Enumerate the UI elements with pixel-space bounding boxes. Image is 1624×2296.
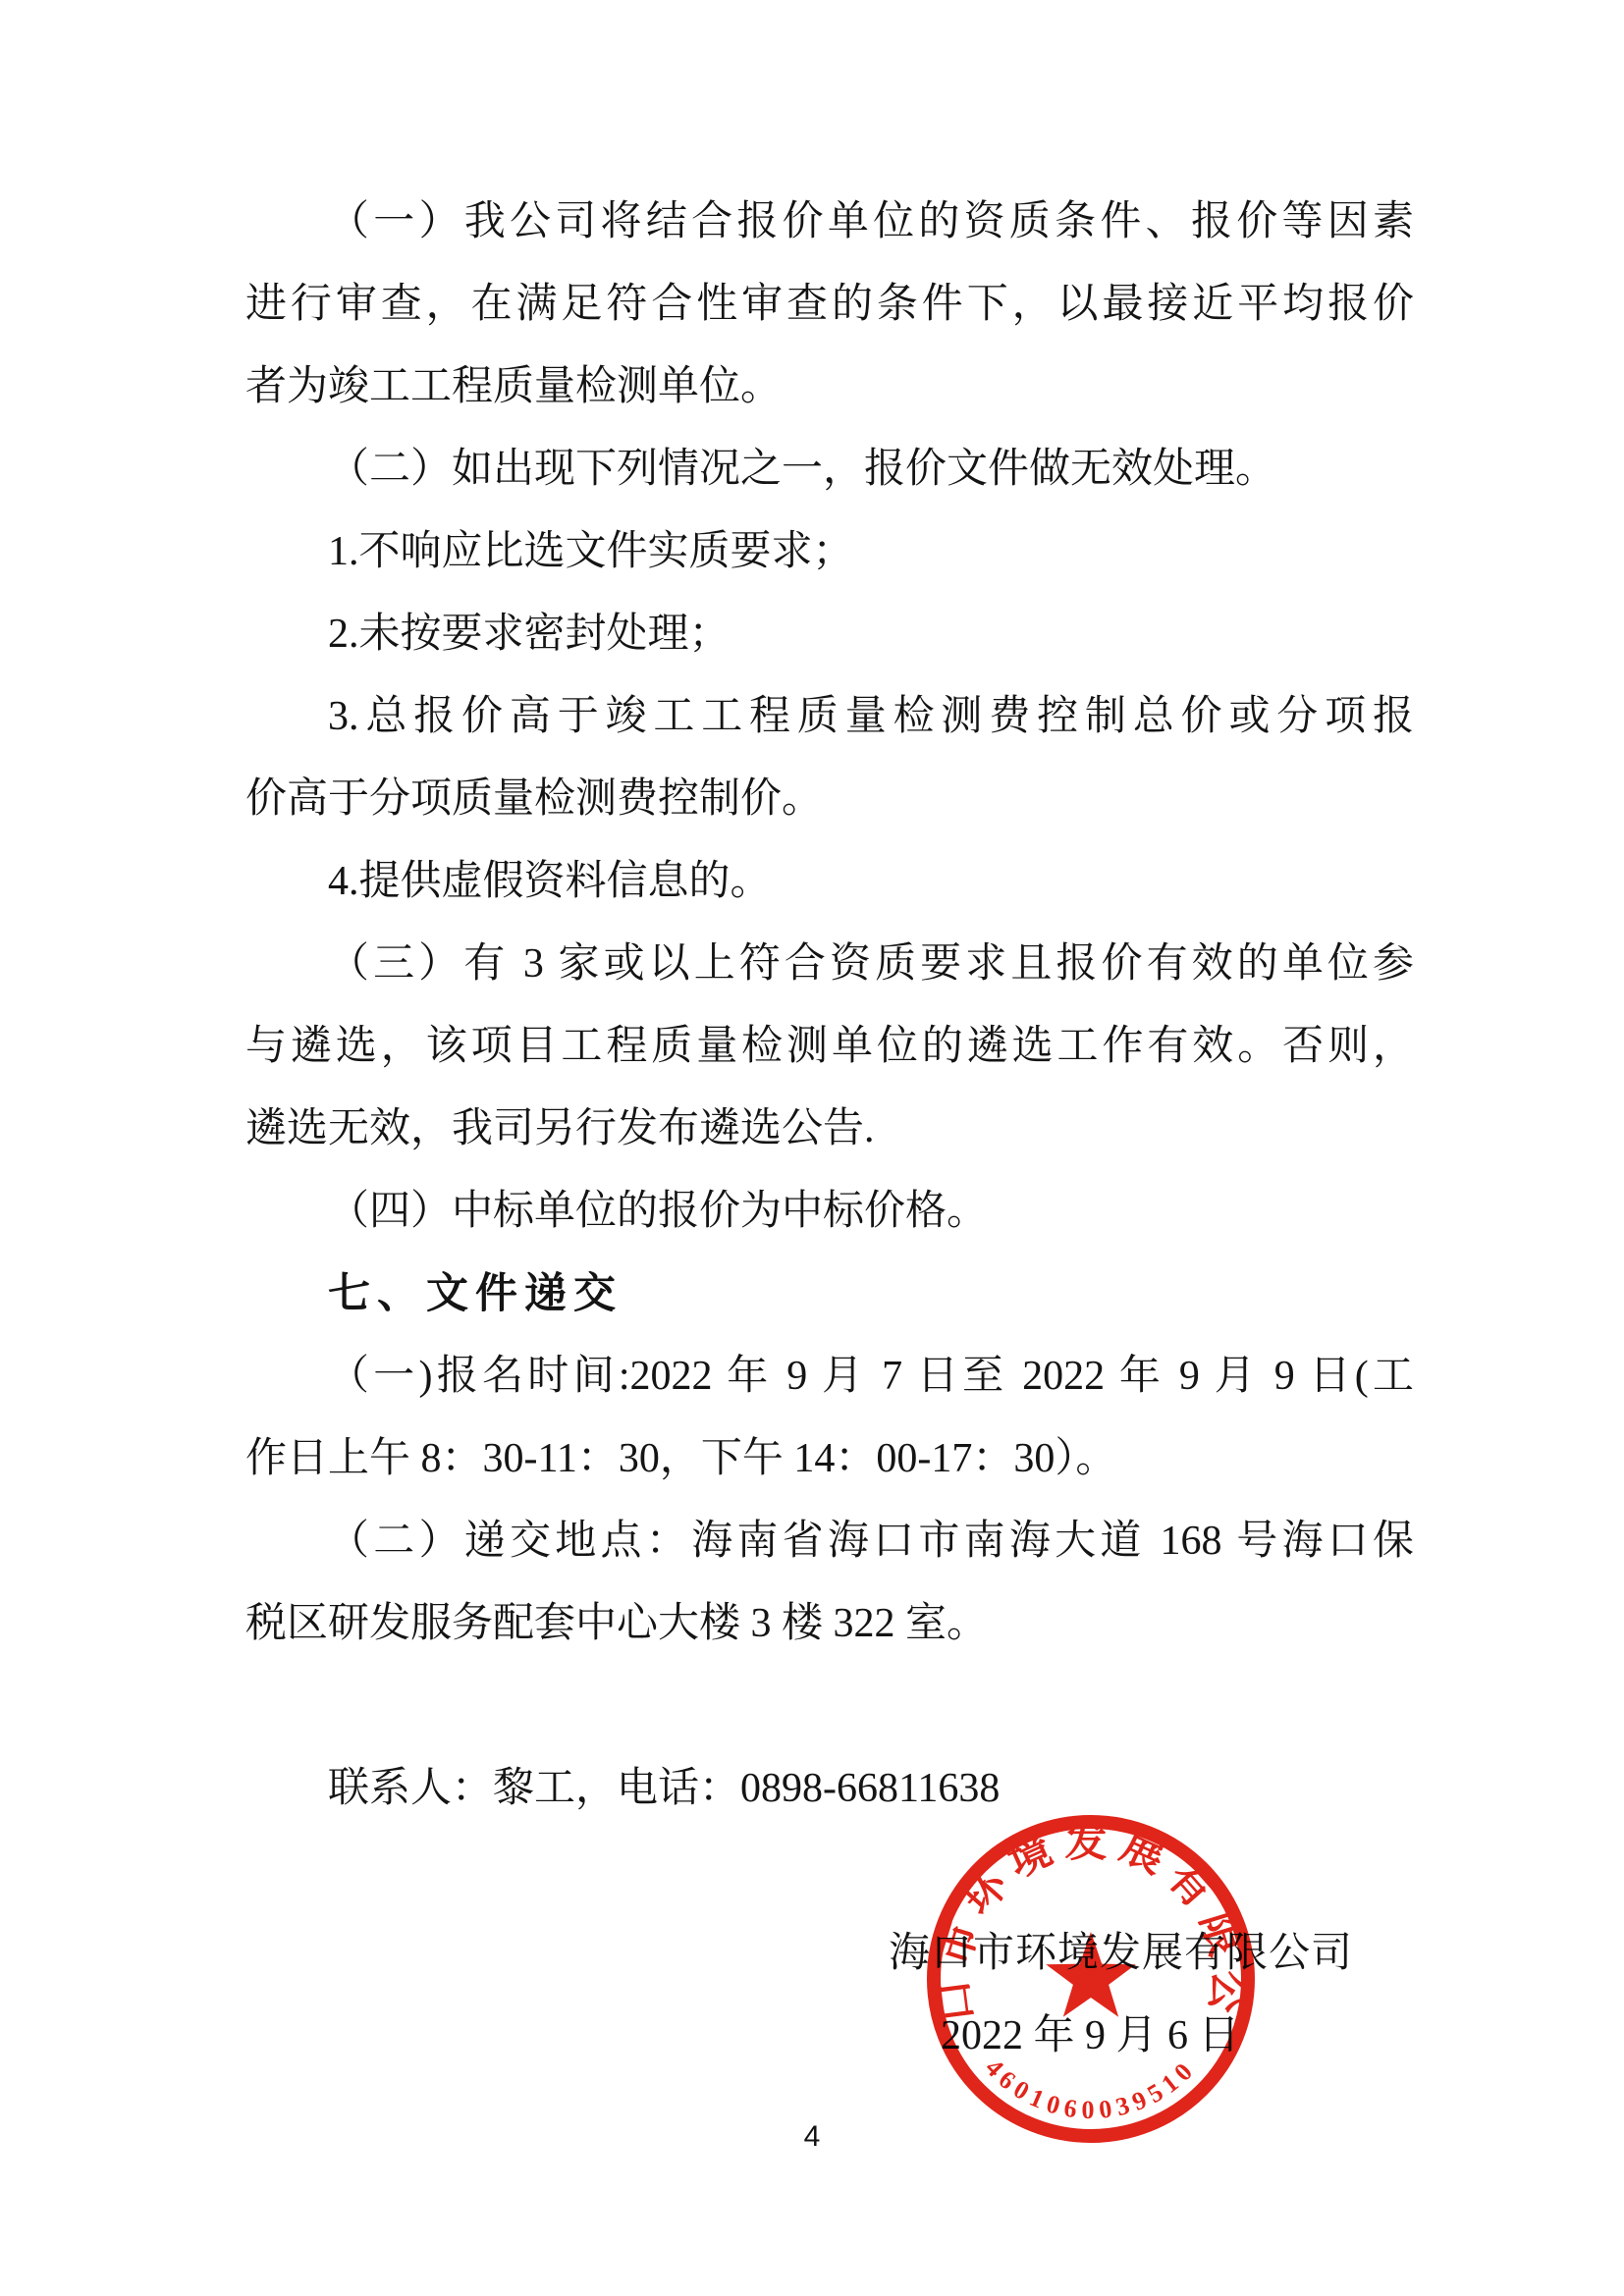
paragraph-line: 价高于分项质量检测费控制价。 (245, 758, 1414, 840)
document-page: （一）我公司将结合报价单位的资质条件、报价等因素 进行审查，在满足符合性审查的条… (0, 0, 1624, 2296)
paragraph-line: （一)报名时间:2022 年 9 月 7 日至 2022 年 9 月 9 日(工 (245, 1335, 1414, 1417)
blank-line (245, 1830, 1414, 1912)
list-item-line: 4.提供虚假资料信息的。 (245, 840, 1414, 923)
paragraph-line: （四）中标单位的报价为中标价格。 (245, 1170, 1414, 1253)
paragraph-line: 进行审查，在满足符合性审查的条件下，以最接近平均报价 (245, 263, 1414, 346)
list-item-line: 2.未按要求密封处理； (245, 593, 1414, 675)
paragraph-line: （三）有 3 家或以上符合资质要求且报价有效的单位参 (245, 923, 1414, 1005)
list-item-line: 1.不响应比选文件实质要求； (245, 510, 1414, 593)
signature-company: 海口市环境发展有限公司 (245, 1912, 1414, 1995)
paragraph-line: 遴选无效，我司另行发布遴选公告. (245, 1088, 1414, 1170)
list-item-line: 3.总报价高于竣工工程质量检测费控制总价或分项报 (245, 675, 1414, 758)
paragraph-line: 税区研发服务配套中心大楼 3 楼 322 室。 (245, 1582, 1414, 1665)
paragraph-line: （二）如出现下列情况之一，报价文件做无效处理。 (245, 428, 1414, 510)
paragraph-line: （二）递交地点：海南省海口市南海大道 168 号海口保 (245, 1500, 1414, 1582)
blank-line (245, 1665, 1414, 1747)
document-body: （一）我公司将结合报价单位的资质条件、报价等因素 进行审查，在满足符合性审查的条… (245, 181, 1414, 2077)
contact-line: 联系人：黎工，电话：0898-66811638 (245, 1747, 1414, 1830)
section-heading: 七、文件递交 (245, 1253, 1414, 1335)
signature-date: 2022 年 9 月 6 日 (245, 1995, 1414, 2077)
paragraph-line: 与遴选，该项目工程质量检测单位的遴选工作有效。否则， (245, 1005, 1414, 1088)
paragraph-line: （一）我公司将结合报价单位的资质条件、报价等因素 (245, 181, 1414, 263)
paragraph-line: 者为竣工工程质量检测单位。 (245, 346, 1414, 428)
page-number: 4 (0, 2120, 1624, 2154)
paragraph-line: 作日上午 8：30-11：30，下午 14：00-17：30）。 (245, 1417, 1414, 1500)
